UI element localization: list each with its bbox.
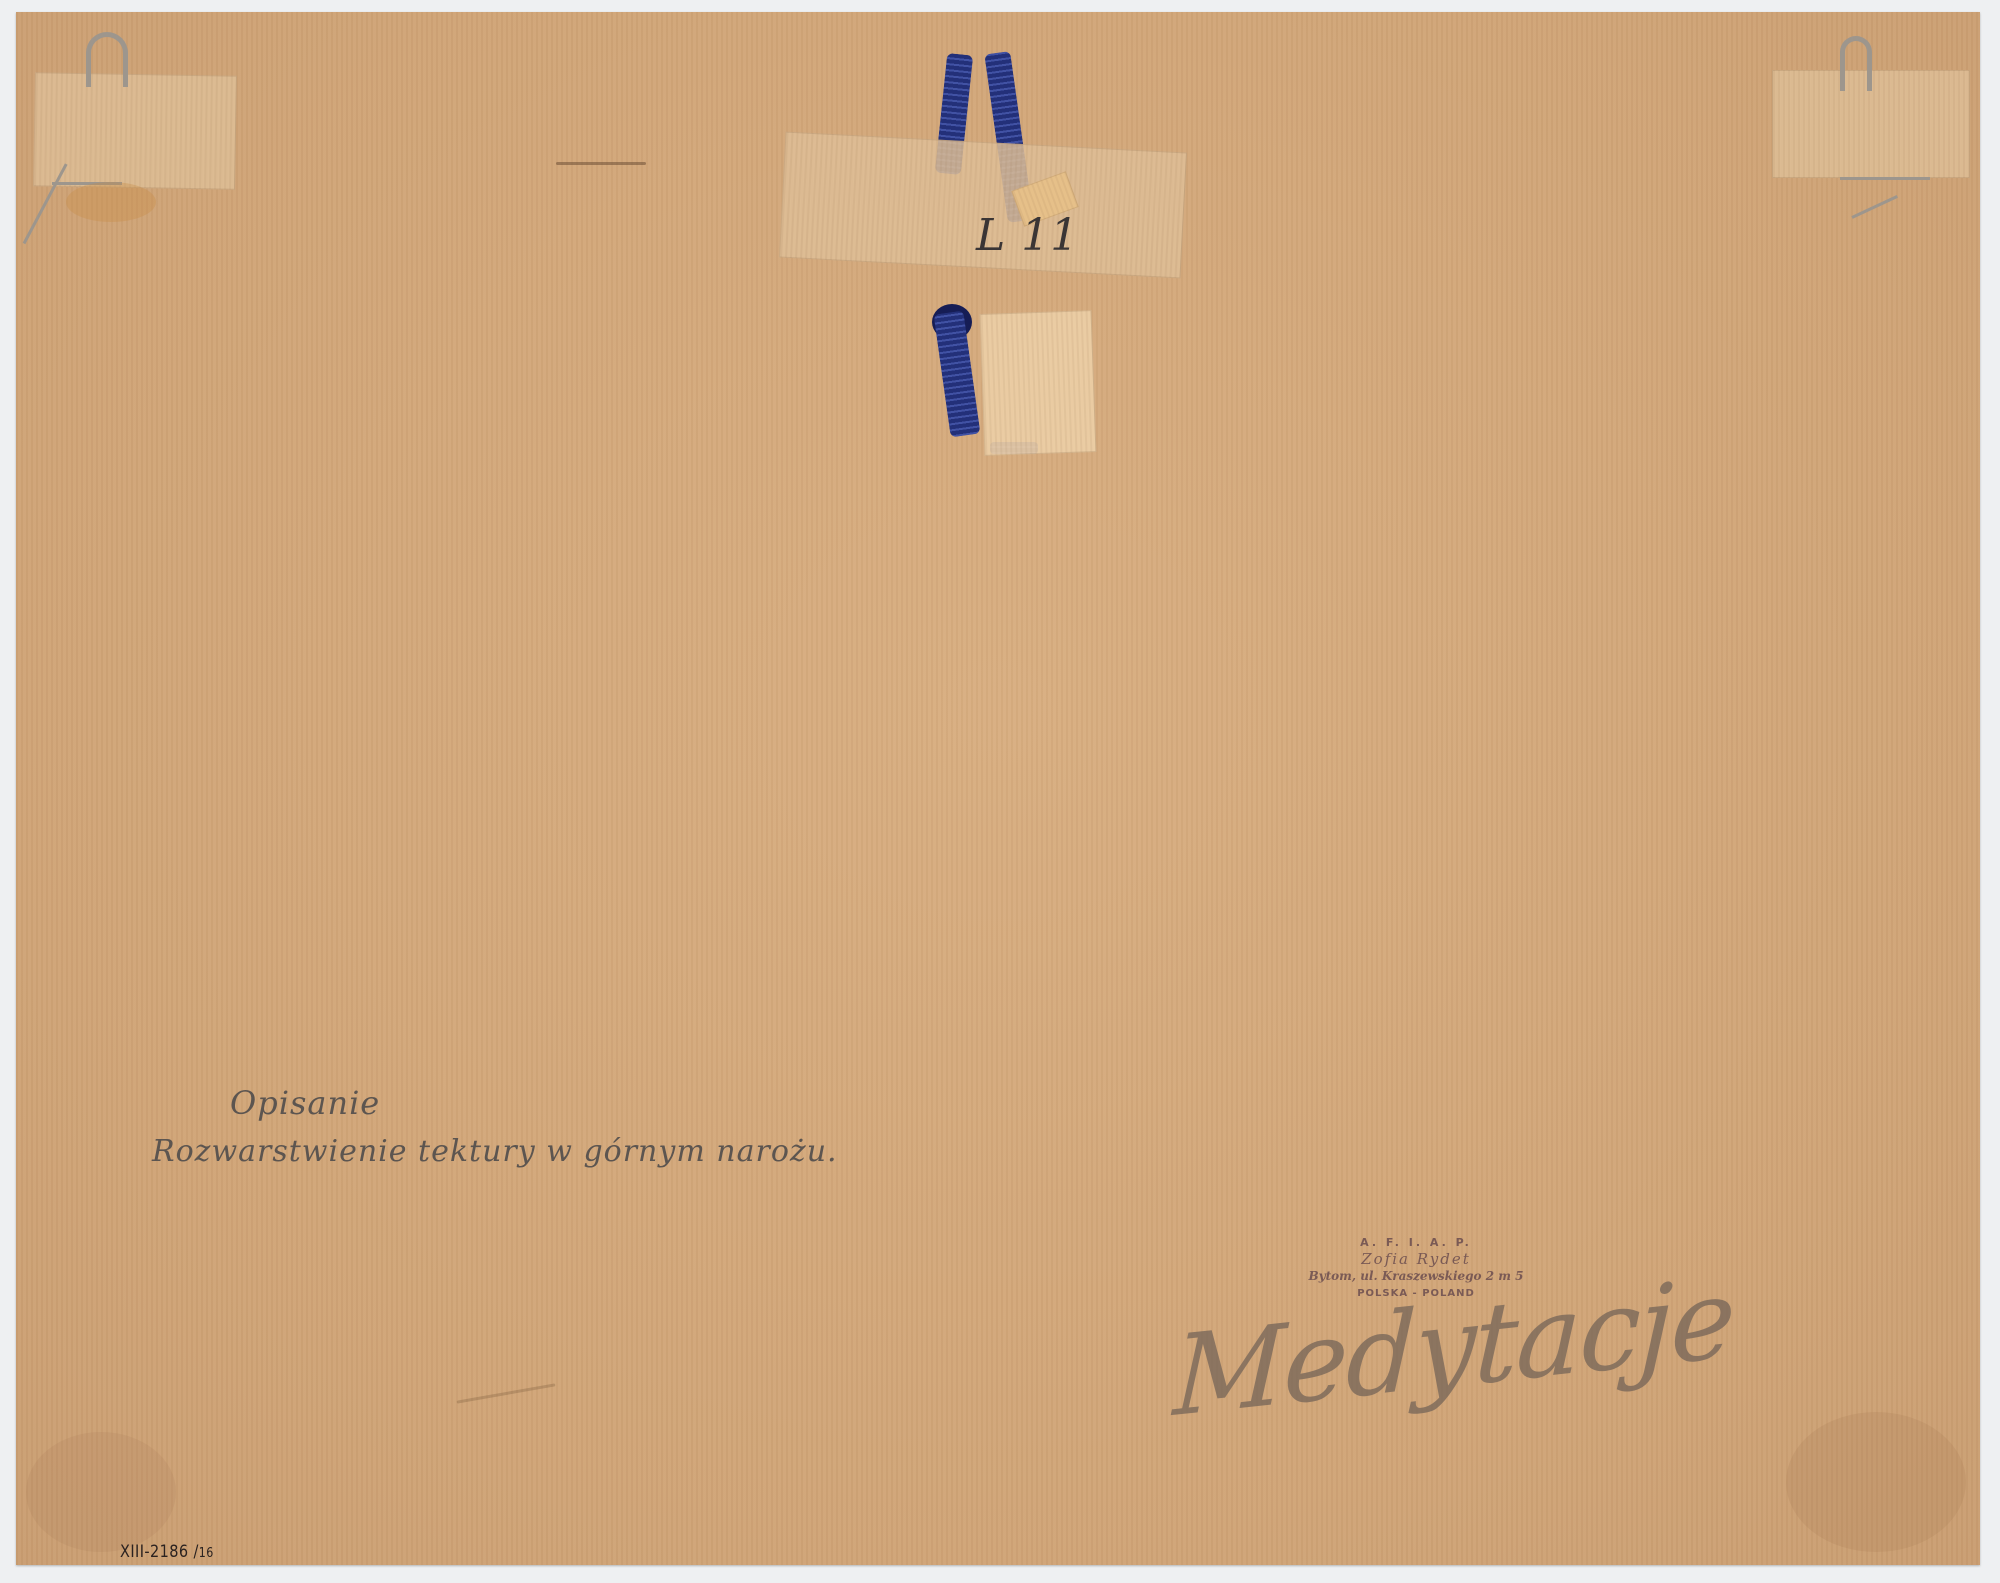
corner-wear-bottom-right <box>1786 1412 1966 1552</box>
stamp-line-afiap: A. F. I. A. P. <box>1271 1234 1561 1251</box>
stamp-line-name: Zofia Rydet <box>1271 1251 1561 1268</box>
label-tape-text: L 11 <box>976 210 1079 261</box>
pencil-mark-top <box>556 162 646 165</box>
note-line-2: Rozwarstwienie tektury w górnym narożu. <box>152 1134 838 1169</box>
left-string-loop <box>86 32 128 87</box>
right-string-loop <box>1840 36 1872 91</box>
right-string-tail <box>1840 177 1930 180</box>
inventory-number-suffix: 16 <box>199 1546 214 1561</box>
left-glue-stain <box>66 182 156 222</box>
ribbon-tape-small <box>980 310 1097 456</box>
inventory-number-main: XIII-2186 / <box>120 1542 199 1562</box>
right-string-end <box>1851 195 1898 219</box>
pencil-mark-bottom <box>456 1383 555 1403</box>
inventory-number: XIII-2186 /16 <box>120 1542 214 1562</box>
note-line-1: Opisanie <box>230 1084 380 1122</box>
hanging-ribbon-end <box>934 311 981 438</box>
corner-wear-bottom-left <box>26 1432 176 1552</box>
cardboard-mount-back: L 11 Opisanie Rozwarstwienie tektury w g… <box>16 12 1980 1565</box>
